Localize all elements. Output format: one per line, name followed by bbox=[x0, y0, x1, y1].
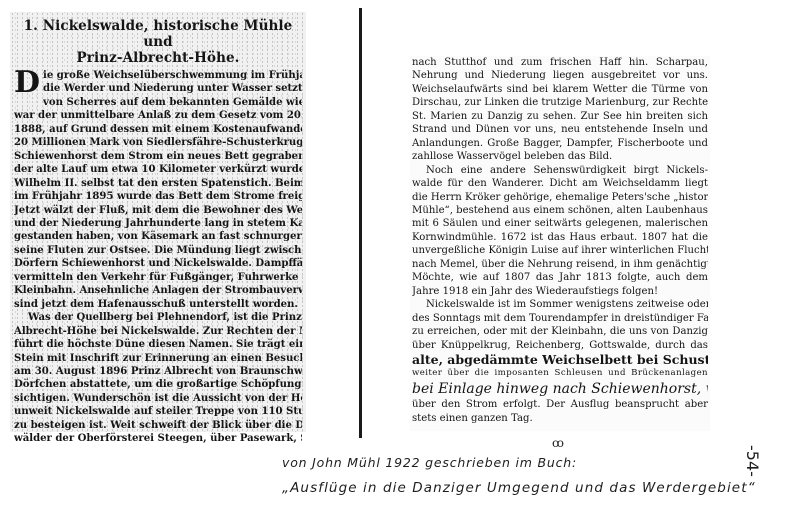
text-line: Kornwindmühle. 1672 ist das Haus erbaut.… bbox=[412, 231, 708, 244]
text-line: alte, abgedämmte Weichselbett bei Schust… bbox=[412, 352, 708, 367]
text-line: führt die höchste Düne diesen Namen. Sie… bbox=[14, 338, 302, 351]
text-line: Schiewenhorst dem Strom ein neues Bett g… bbox=[14, 150, 302, 163]
text-line: war der unmittelbare Anlaß zu dem Gesetz… bbox=[14, 109, 302, 122]
text-line: von Scherres auf dem bekannten Gemälde w… bbox=[43, 96, 302, 109]
handwritten-note-line-1: von John Mühl 1922 geschrieben im Buch: bbox=[282, 455, 577, 470]
text-line: Weichselaufwärts sind bei klarem Wetter … bbox=[412, 83, 708, 96]
text-line: zahllose Wasservögel beleben das Bild. bbox=[412, 150, 708, 163]
text-line: weiter über die imposanten Schleusen und… bbox=[412, 367, 708, 380]
text-line: wälder der Oberförsterei Steegen, über P… bbox=[14, 432, 302, 445]
text-line: der alte Lauf um etwa 10 Kilometer verkü… bbox=[14, 163, 302, 176]
text-line: Mühle“, bestehend aus einem schönen, alt… bbox=[412, 204, 708, 217]
text-line: Was der Quellberg bei Plehnendorf, ist d… bbox=[14, 311, 302, 324]
title-line-2: Prinz-Albrecht-Höhe. bbox=[10, 50, 306, 66]
text-line: Anlandungen. Große Bagger, Dampfer, Fisc… bbox=[412, 137, 708, 150]
text-line: und der Niederung Jahrhunderte lang in s… bbox=[14, 217, 302, 230]
text-line: am 30. August 1896 Prinz Albrecht von Br… bbox=[14, 365, 302, 378]
ornament-icon: ꝏ bbox=[552, 436, 564, 450]
text-line: über den Strom erfolgt. Der Ausflug bean… bbox=[412, 398, 708, 411]
handwritten-page-number: -54- bbox=[743, 445, 762, 477]
drop-cap: D bbox=[14, 70, 40, 96]
text-line: Jahre 1918 ein Jahr des Wiederaufstiegs … bbox=[412, 285, 708, 298]
text-line: unvergeßliche Königin Luise auf ihrer wi… bbox=[412, 244, 708, 257]
text-line: mit 6 Säulen und einer seitwärts gelegen… bbox=[412, 217, 708, 230]
text-line: Strand und Dünen vor uns, neu entstehend… bbox=[412, 123, 708, 136]
left-page-scan: 1. Nickelswalde, historische Mühle und P… bbox=[10, 12, 306, 432]
text-line: sichtigen. Wunderschön ist die Aussicht … bbox=[14, 392, 302, 405]
title-line-1: 1. Nickelswalde, historische Mühle und bbox=[10, 18, 306, 50]
text-line: Noch eine andere Sehenswürdigkeit birgt … bbox=[412, 164, 708, 177]
text-line: Albrecht-Höhe bei Nickelswalde. Zur Rech… bbox=[14, 325, 302, 338]
text-line: Wilhelm II. selbst tat den ersten Spaten… bbox=[14, 177, 302, 190]
text-line: des Sonntags mit dem Tourendampfer in dr… bbox=[412, 312, 708, 325]
text-line: Stein mit Inschrift zur Erinnerung an ei… bbox=[14, 352, 302, 365]
text-line: im Frühjahr 1895 wurde das Bett dem Stro… bbox=[14, 190, 302, 203]
text-line: unweit Nickelswalde auf steiler Treppe v… bbox=[14, 405, 302, 418]
text-line: über Knüppelkrug, Reichenberg, Gottswald… bbox=[412, 339, 708, 352]
text-line: nach Stutthof und zum frischen Haff hin.… bbox=[412, 56, 708, 69]
text-line: walde für den Wanderer. Dicht am Weichse… bbox=[412, 177, 708, 190]
text-line: bei Einlage hinweg nach Schiewenhorst, w… bbox=[412, 380, 708, 398]
text-line: seine Fluten zur Ostsee. Die Mündung lie… bbox=[14, 244, 302, 257]
text-line: sind jetzt dem Hafenausschuß unterstellt… bbox=[14, 298, 302, 311]
text-line: Dörfern Schiewenhorst und Nickelswalde. … bbox=[14, 257, 302, 270]
text-line: die Werder und Niederung unter Wasser se… bbox=[43, 82, 302, 95]
right-page-scan: nach Stutthof und zum frischen Haff hin.… bbox=[410, 56, 710, 431]
text-line: die Herrn Kröker gehörige, ehemalige Pet… bbox=[412, 191, 708, 204]
chapter-title: 1. Nickelswalde, historische Mühle und P… bbox=[10, 18, 306, 66]
text-line: ie große Weichselüberschwemmung im Frühj… bbox=[43, 69, 302, 82]
text-line: zu erreichen, oder mit der Kleinbahn, di… bbox=[412, 325, 708, 338]
text-line: Jetzt wälzt der Fluß, mit dem die Bewohn… bbox=[14, 204, 302, 217]
text-line: Nehrung und Niederung liegen ausgebreite… bbox=[412, 69, 708, 82]
text-line: Nickelswalde ist im Sommer wenigstens ze… bbox=[412, 298, 708, 311]
page-divider-line bbox=[359, 8, 362, 438]
text-line: nach Memel, über die Nehrung reisend, in… bbox=[412, 258, 708, 271]
handwritten-note-line-2: „Ausflüge in die Danziger Umgegend und d… bbox=[282, 480, 756, 496]
text-line: Dörfchen abstattete, um die großartige S… bbox=[14, 378, 302, 391]
right-body-text: nach Stutthof und zum frischen Haff hin.… bbox=[410, 56, 710, 425]
text-line: zu besteigen ist. Weit schweift der Blic… bbox=[14, 419, 302, 432]
text-line: 20 Millionen Mark von Siedlersfähre-Schu… bbox=[14, 136, 302, 149]
left-body-text: D ie große Weichselüberschwemmung im Frü… bbox=[10, 69, 306, 446]
text-line: gestanden haben, von Käsemark an fast sc… bbox=[14, 230, 302, 243]
text-line: 1888, auf Grund dessen mit einem Kostena… bbox=[14, 123, 302, 136]
text-line: Möchte, wie auf 1807 das Jahr 1813 folgt… bbox=[412, 271, 708, 284]
text-line: Dirschau, zur Linken die trutzige Marien… bbox=[412, 96, 708, 109]
text-line: vermitteln den Verkehr für Fußgänger, Fu… bbox=[14, 271, 302, 284]
text-line: Kleinbahn. Ansehnliche Anlagen der Strom… bbox=[14, 284, 302, 297]
text-line: St. Marien zu Danzig zu sehen. Zur See h… bbox=[412, 110, 708, 123]
text-line: stets einen ganzen Tag. bbox=[412, 412, 708, 425]
